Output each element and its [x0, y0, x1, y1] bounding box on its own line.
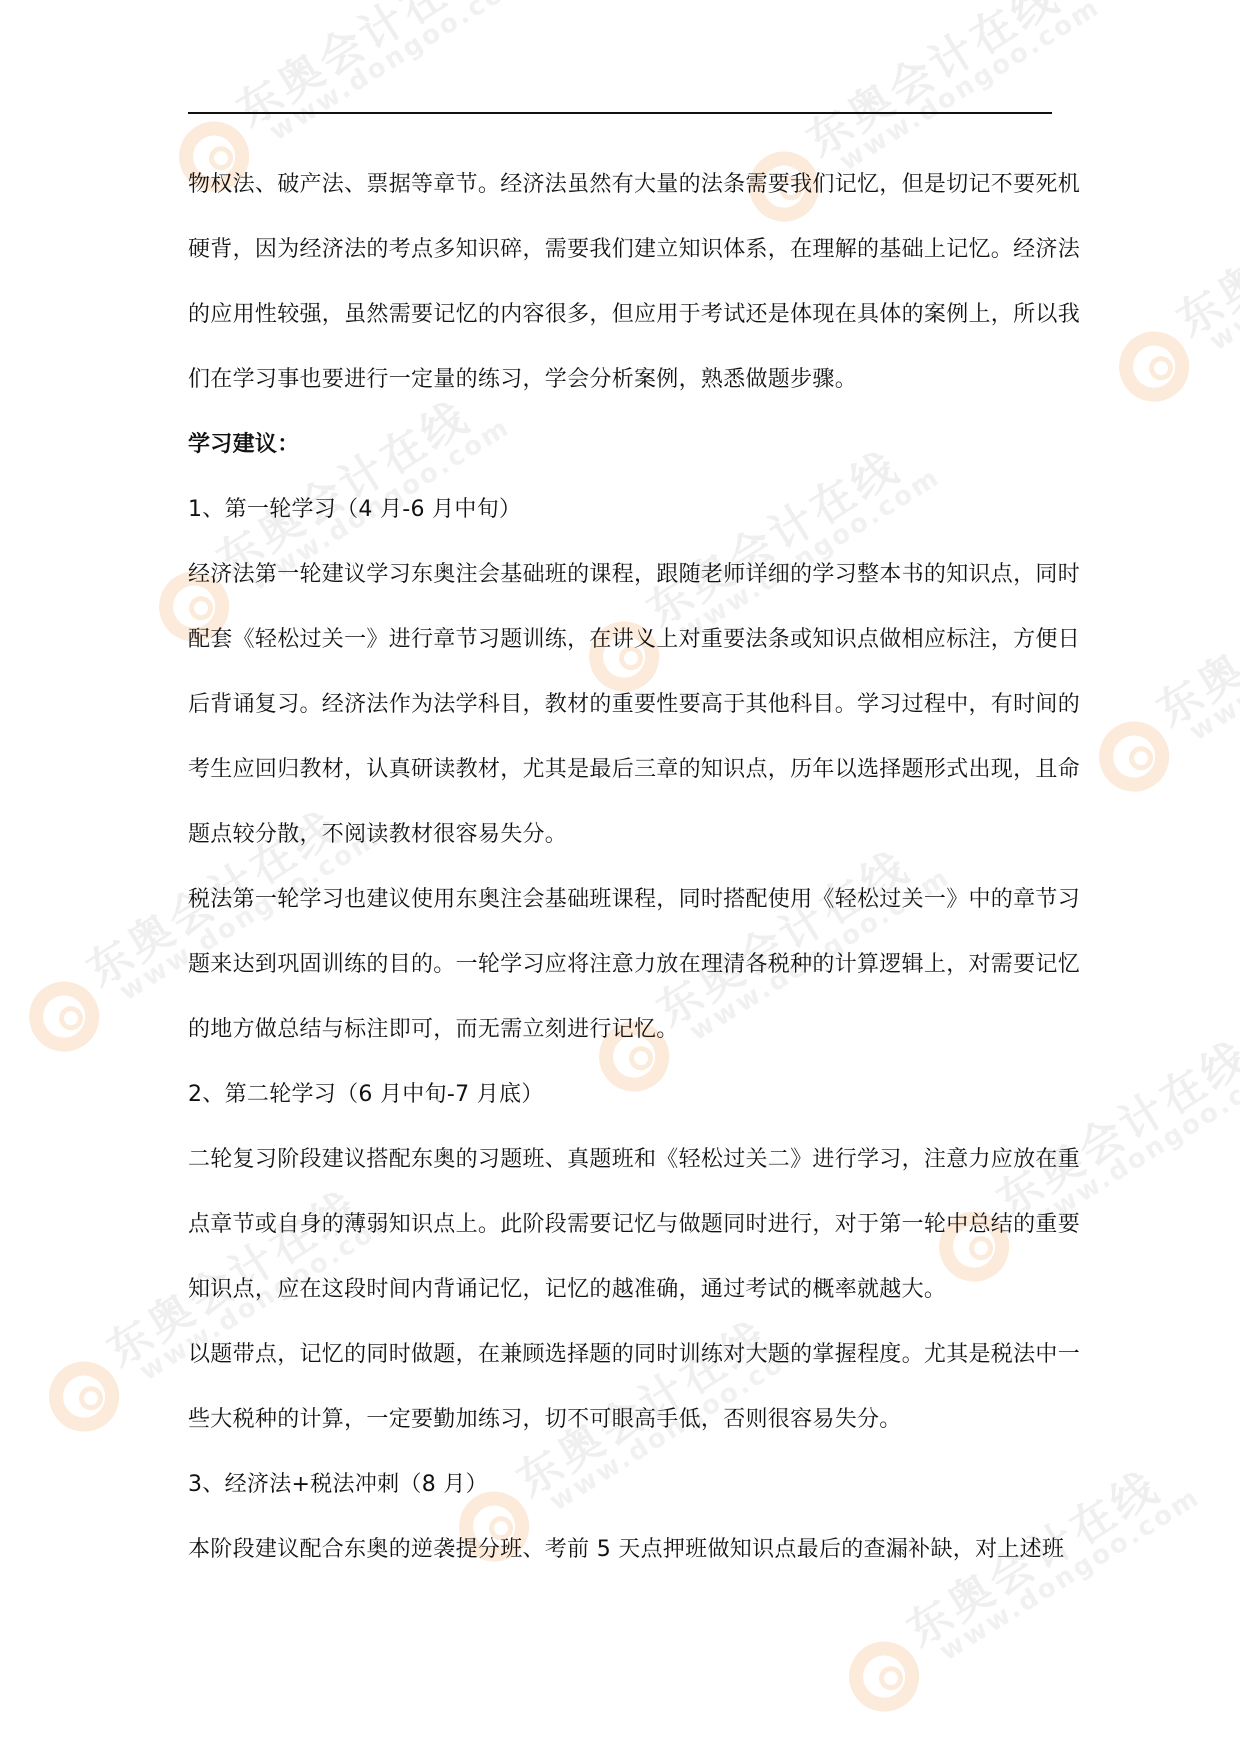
body-line: 点章节或自身的薄弱知识点上。此阶段需要记忆与做题同时进行，对于第一轮中总结的重要 — [188, 1200, 1054, 1265]
body-line: 以题带点，记忆的同时做题，在兼顾选择题的同时训练对大题的掌握程度。尤其是税法中一 — [188, 1330, 1054, 1395]
watermark-logo-icon — [836, 1628, 932, 1724]
body-line: 的地方做总结与标注即可，而无需立刻进行记忆。 — [188, 1005, 1054, 1070]
body-line: 税法第一轮学习也建议使用东奥注会基础班课程，同时搭配使用《轻松过关一》中的章节习 — [188, 875, 1054, 940]
watermark-logo-icon — [1106, 318, 1202, 414]
phase-heading: 3、经济法+税法冲刺（8 月） — [188, 1460, 1054, 1525]
body-line: 后背诵复习。经济法作为法学科目，教材的重要性要高于其他科目。学习过程中，有时间的 — [188, 680, 1054, 745]
body-line: 硬背，因为经济法的考点多知识碎，需要我们建立知识体系，在理解的基础上记忆。经济法 — [188, 225, 1054, 290]
body-line: 配套《轻松过关一》进行章节习题训练，在讲义上对重要法条或知识点做相应标注，方便日 — [188, 615, 1054, 680]
watermark-logo-icon — [16, 968, 112, 1064]
body-line: 经济法第一轮建议学习东奥注会基础班的课程，跟随老师详细的学习整本书的知识点，同时 — [188, 550, 1054, 615]
body-line: 题点较分散，不阅读教材很容易失分。 — [188, 810, 1054, 875]
body-line: 们在学习事也要进行一定量的练习，学会分析案例，熟悉做题步骤。 — [188, 355, 1054, 420]
watermark-logo-icon — [1086, 708, 1182, 804]
body-line: 考生应回归教材，认真研读教材，尤其是最后三章的知识点，历年以选择题形式出现，且命 — [188, 745, 1054, 810]
body-line: 题来达到巩固训练的目的。一轮学习应将注意力放在理清各税种的计算逻辑上，对需要记忆 — [188, 940, 1054, 1005]
body-line: 些大税种的计算，一定要勤加练习，切不可眼高手低，否则很容易失分。 — [188, 1395, 1054, 1460]
body-line: 本阶段建议配合东奥的逆袭提分班、考前 5 天点押班做知识点最后的查漏补缺，对上述… — [188, 1525, 1054, 1590]
document-body: 物权法、破产法、票据等章节。经济法虽然有大量的法条需要我们记忆，但是切记不要死机… — [188, 160, 1054, 1590]
body-line: 物权法、破产法、票据等章节。经济法虽然有大量的法条需要我们记忆，但是切记不要死机 — [188, 160, 1054, 225]
phase-heading: 1、第一轮学习（4 月-6 月中旬） — [188, 485, 1054, 550]
body-line: 的应用性较强，虽然需要记忆的内容很多，但应用于考试还是体现在具体的案例上，所以我 — [188, 290, 1054, 355]
body-line: 知识点，应在这段时间内背诵记忆，记忆的越准确，通过考试的概率就越大。 — [188, 1265, 1054, 1330]
body-line: 二轮复习阶段建议搭配东奥的习题班、真题班和《轻松过关二》进行学习，注意力应放在重 — [188, 1135, 1054, 1200]
header-divider — [188, 112, 1052, 114]
watermark-logo-icon — [36, 1348, 132, 1444]
phase-heading: 2、第二轮学习（6 月中旬-7 月底） — [188, 1070, 1054, 1135]
section-heading: 学习建议： — [188, 420, 1054, 485]
